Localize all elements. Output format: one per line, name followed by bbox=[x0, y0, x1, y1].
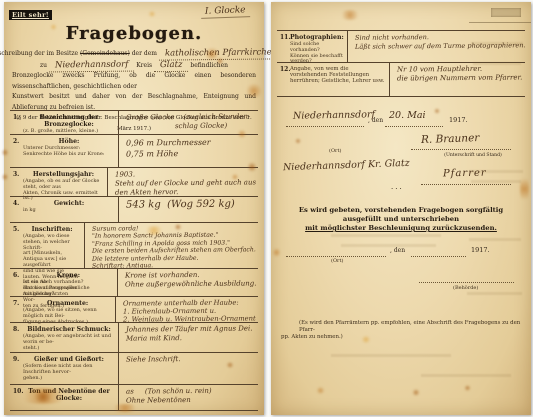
faint-stamp bbox=[491, 8, 521, 17]
table-row-1: 1. Bezeichnung der Bronzeglocke: (z. B. … bbox=[10, 110, 258, 134]
intro-text: Beschreibung der im Besitze bbox=[0, 49, 80, 60]
stain bbox=[295, 138, 301, 144]
notice-line-2: mit möglichster Beschleunigung zurückzus… bbox=[279, 224, 523, 233]
struck-word: (Gemeindehaus) bbox=[80, 49, 130, 60]
handwritten-answer: Krone ist vorhanden.Ohne außergewöhnlich… bbox=[117, 269, 258, 296]
handwritten-answer: Nr 10 vom Hauptlehrer.die übrigen Nummer… bbox=[389, 63, 525, 96]
handwritten-answer: as (Ton schön u. rein)Ohne Nebentönen bbox=[118, 385, 258, 410]
intro-text: befindlichen bbox=[189, 61, 228, 72]
question-number: 8. bbox=[13, 326, 19, 333]
handwritten-answer: Sursum corda!"In honorem Sancti Johannis… bbox=[84, 223, 258, 268]
handwritten-corner-note: I. Glocke bbox=[201, 5, 250, 19]
intro-text: Kreis bbox=[134, 61, 154, 72]
intro-line-2: zu Niederhannsdorf Kreis Glatz befindlic… bbox=[12, 60, 256, 72]
intro-text: zu bbox=[40, 61, 49, 72]
place-line bbox=[286, 112, 364, 127]
question-label: Inschriften: bbox=[23, 226, 81, 233]
handwritten-place-full: Niederhannsdorf Kr. Glatz bbox=[283, 158, 410, 173]
blank-date-line bbox=[411, 242, 466, 257]
question-note: Unterer Durchmesser:Senkrechte Höhe bis … bbox=[23, 146, 115, 158]
table-row-2: 2. Höhe: Unterer Durchmesser:Senkrechte … bbox=[10, 134, 258, 167]
question-table-continued: 11. Photographien: Sind solche vorhanden… bbox=[277, 30, 525, 97]
scanned-document: Eilt sehr! I. Glocke Fragebogen. Beschre… bbox=[0, 0, 533, 417]
question-label: Krone: bbox=[23, 272, 114, 279]
stain bbox=[273, 247, 280, 258]
question-note: (Sofern diese nicht aus den Inschriften … bbox=[23, 364, 115, 381]
stain bbox=[316, 387, 325, 394]
table-row-8: 8. Bildnerischer Schmuck: (Angabe, wo er… bbox=[10, 322, 258, 352]
show-through bbox=[421, 374, 511, 377]
question-number: 1. bbox=[13, 114, 19, 121]
table-row-10: 10. Ton und Nebentöne der Glocke: as (To… bbox=[10, 384, 258, 410]
show-through bbox=[469, 238, 521, 241]
question-label: Ton und Nebentöne der Glocke: bbox=[23, 388, 115, 402]
handwritten-church: katholischen Pfarrkirche bbox=[159, 47, 278, 60]
return-notice: Es wird gebeten, vorstehenden Fragebogen… bbox=[279, 206, 523, 233]
blank-place-line bbox=[286, 242, 386, 257]
question-note: in kg bbox=[23, 208, 115, 214]
date-line bbox=[385, 112, 443, 127]
stain bbox=[339, 10, 361, 20]
handwritten-answer: Johannes der Täufer mit Agnus Dei.Maria … bbox=[118, 323, 258, 352]
question-label: Ornamente: bbox=[23, 300, 112, 307]
question-table: 1. Bezeichnung der Bronzeglocke: (z. B. … bbox=[10, 110, 258, 411]
question-label: Gießer und Gießort: bbox=[23, 356, 115, 363]
table-row-9: 9. Gießer und Gießort: (Sofern diese nic… bbox=[10, 352, 258, 384]
table-row-6: 6. Krone: Ist sie noch vorhanden?Hat sie… bbox=[10, 268, 258, 296]
question-number: 12. bbox=[280, 66, 290, 73]
ort-label: (Ort) bbox=[329, 148, 341, 154]
notice-line-1: Es wird gebeten, vorstehenden Fragebogen… bbox=[279, 206, 523, 224]
question-number: 10. bbox=[13, 388, 23, 395]
handwritten-answer: 543 kg (Wog 592 kg) bbox=[118, 197, 258, 222]
stain bbox=[2, 173, 8, 181]
form-title: Fragebogen. bbox=[4, 23, 264, 44]
question-number: 3. bbox=[13, 171, 19, 178]
footer-line-1: (Es wird den Pfarrämtern pp. empfohlen, … bbox=[281, 320, 523, 334]
questionnaire-page-1: Eilt sehr! I. Glocke Fragebogen. Beschre… bbox=[4, 2, 264, 415]
signature-caption: (Unterschrift und Stand) bbox=[423, 153, 523, 158]
handwritten-answer: Siehe Inschrift. bbox=[118, 353, 258, 384]
stain bbox=[148, 11, 156, 17]
question-note: (Angabe, wo er angebracht ist und worin … bbox=[23, 334, 115, 351]
intro-line-3: Bronzeglocke zwecks Prüfung, ob die Gloc… bbox=[12, 71, 256, 92]
separator-dots: ··· bbox=[391, 185, 404, 193]
authority-line bbox=[419, 268, 514, 283]
footer-line-2: pp. Akten zu nehmen.) bbox=[281, 334, 523, 341]
intro-text: der dem bbox=[130, 49, 159, 60]
ort-label-2: (Ort) bbox=[331, 258, 343, 264]
show-through bbox=[331, 354, 451, 357]
question-number: 9. bbox=[13, 356, 19, 363]
handwritten-place: Niederhannsdorf bbox=[49, 59, 134, 71]
handwritten-answer: Ornamente unterhalb der Haube:1. Eichenl… bbox=[115, 297, 258, 322]
footer-note: (Es wird den Pfarrämtern pp. empfohlen, … bbox=[281, 320, 523, 341]
show-through bbox=[331, 234, 441, 237]
occupation-line bbox=[421, 170, 511, 185]
question-number: 4. bbox=[13, 200, 19, 207]
handwritten-answer: 1903.Steht auf der Glocke und geht auch … bbox=[107, 168, 258, 196]
printed-year: 1917. bbox=[449, 116, 468, 124]
question-label: Höhe: bbox=[23, 138, 115, 145]
stain bbox=[2, 148, 8, 157]
question-label: Bezeichnung der Bronzeglocke: bbox=[23, 114, 115, 128]
question-number: 11. bbox=[280, 34, 290, 41]
question-number: 7. bbox=[13, 300, 19, 307]
table-row-12: 12. Angabe, von wem die vorstehenden Fes… bbox=[277, 62, 525, 96]
stain bbox=[520, 174, 529, 204]
show-through bbox=[467, 292, 522, 295]
stain bbox=[464, 385, 471, 391]
question-note: Angabe, von wem die vorstehenden Festste… bbox=[290, 67, 386, 84]
handwritten-district: Glatz bbox=[154, 59, 189, 71]
question-label: Bildnerischer Schmuck: bbox=[23, 326, 115, 333]
question-label: Herstellungsjahr: bbox=[23, 171, 104, 178]
question-label: Photographien: bbox=[290, 34, 344, 41]
printed-den: , den bbox=[368, 117, 383, 124]
table-row-4: 4. Gewicht: in kg 543 kg (Wog 592 kg) bbox=[10, 196, 258, 222]
table-row-5: 5. Inschriften: (Angabe, wo diese stehen… bbox=[10, 222, 258, 268]
urgent-stamp: Eilt sehr! bbox=[9, 10, 52, 20]
signature-line bbox=[411, 135, 511, 150]
table-row-11: 11. Photographien: Sind solche vorhanden… bbox=[277, 30, 525, 62]
question-number: 2. bbox=[13, 138, 19, 145]
table-row-3: 3. Herstellungsjahr: (Angabe, ob es auf … bbox=[10, 167, 258, 196]
questionnaire-page-2: 11. Photographien: Sind solche vorhanden… bbox=[271, 2, 531, 415]
intro-line-1: Beschreibung der im Besitze (Gemeindehau… bbox=[12, 48, 256, 60]
question-number: 6. bbox=[13, 272, 19, 279]
stain bbox=[412, 389, 420, 396]
question-label: Gewicht: bbox=[23, 200, 115, 207]
question-number: 5. bbox=[13, 226, 19, 233]
handwritten-answer: Sind nicht vorhanden.Läßt sich schwer au… bbox=[347, 31, 528, 62]
printed-den-2: , den bbox=[390, 247, 405, 254]
printed-year-2: 1917. bbox=[471, 246, 490, 254]
table-row-7: 7. Ornamente: (Angabe, wo sie sitzen, we… bbox=[10, 296, 258, 322]
question-note: Ist sie noch vorhanden?Hat sie außergewö… bbox=[23, 280, 114, 297]
handwritten-answer: 0,96 m Durchmesser0,75 m Höhe bbox=[118, 135, 258, 167]
behoerde-label: (Behörde) bbox=[453, 285, 478, 291]
scratch-line bbox=[469, 22, 531, 23]
handwritten-answer: Große Glocke (zugleich Stunden- schlag G… bbox=[118, 111, 258, 134]
